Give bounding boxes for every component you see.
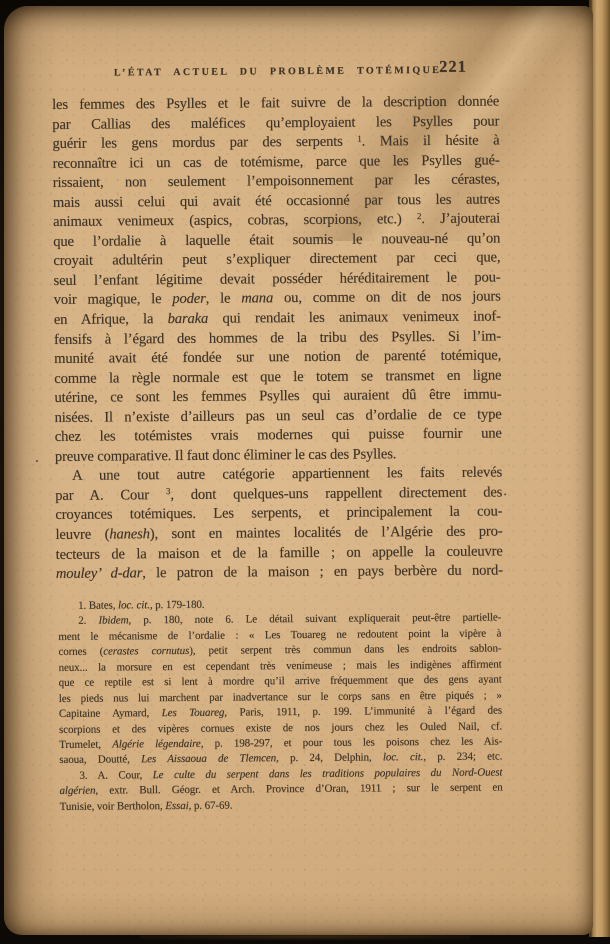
book-page: L’ÉTAT ACTUEL DU PROBLÈME TOTÉMIQUE 221 … bbox=[4, 6, 593, 935]
running-header: L’ÉTAT ACTUEL DU PROBLÈME TOTÉMIQUE 221 bbox=[52, 56, 497, 85]
paragraph-cour: A une tout autre catégorie appartiennent… bbox=[55, 464, 503, 585]
running-header-title: L’ÉTAT ACTUEL DU PROBLÈME TOTÉMIQUE bbox=[114, 65, 441, 79]
page-content: L’ÉTAT ACTUEL DU PROBLÈME TOTÉMIQUE 221 … bbox=[0, 4, 596, 938]
page-number: 221 bbox=[439, 57, 467, 77]
paragraph-psylles: les femmes des Psylles et le fait suivre… bbox=[52, 92, 502, 467]
ink-speck bbox=[504, 493, 506, 495]
text-line: Tunisie, voir Bertholon, Essai, p. 67-69… bbox=[60, 796, 503, 815]
ink-speck bbox=[36, 460, 38, 462]
footnotes: 1. Bates, loc. cit., p. 179-180.2. Ibide… bbox=[58, 595, 503, 815]
body-text: les femmes des Psylles et le fait suivre… bbox=[52, 92, 503, 584]
text-line: chez les totémistes vrais modernes qui p… bbox=[55, 425, 502, 448]
text-line: mouley’ d-dar, le patron de la maison ; … bbox=[56, 562, 503, 585]
book-scan: L’ÉTAT ACTUEL DU PROBLÈME TOTÉMIQUE 221 … bbox=[0, 0, 610, 944]
